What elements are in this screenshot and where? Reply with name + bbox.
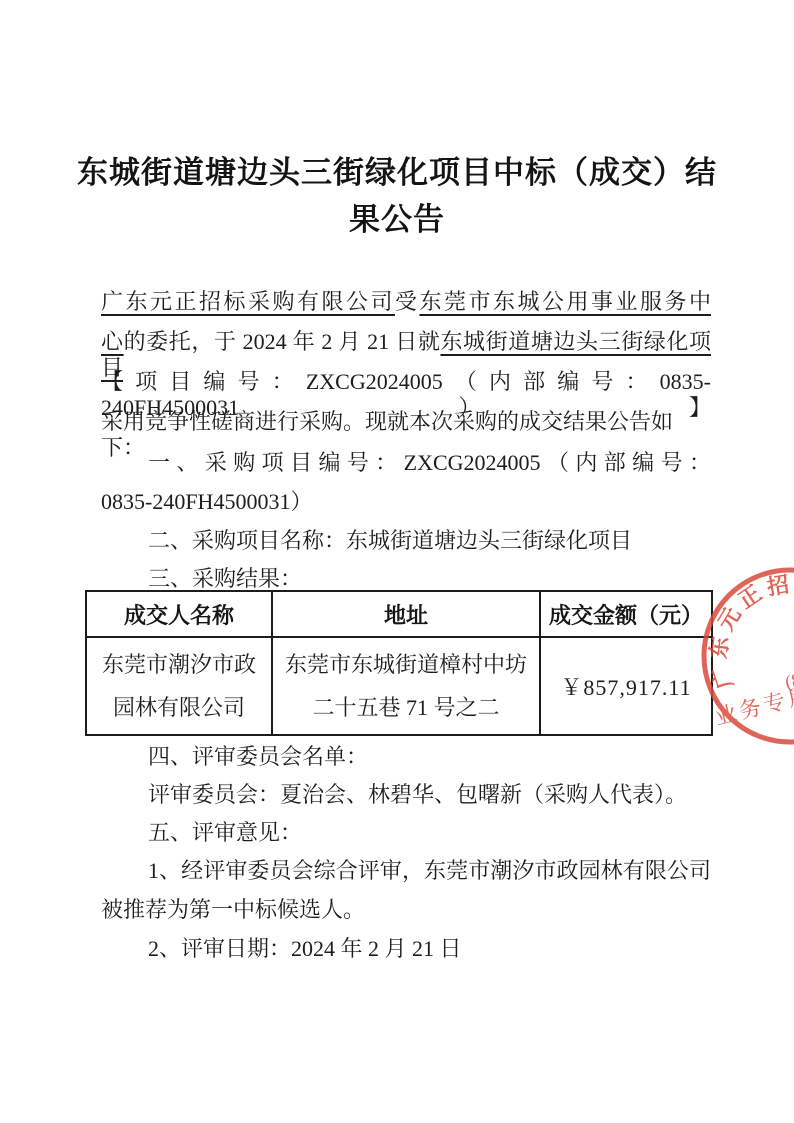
review-opinion-line-2: 被推荐为第一中标候选人。 [101, 897, 711, 923]
review-opinion-line-1: 1、经评审委员会综合评审，东莞市潮汐市政园林有限公司 [101, 858, 711, 884]
table-header-row: 成交人名称 地址 成交金额（元） [86, 591, 712, 637]
title-line-1: 东城街道塘边头三街绿化项目中标（成交）结 [0, 149, 794, 196]
review-date-line: 2、评审日期：2024 年 2 月 21 日 [101, 936, 711, 962]
winner-amount-cell: ￥857,917.11 [540, 637, 712, 735]
page-title: 东城街道塘边头三街绿化项目中标（成交）结 果公告 [0, 149, 794, 243]
agent-company-name: 广东元正招标采购有限公司 [101, 289, 395, 314]
section-4-heading: 四、评审委员会名单： [101, 744, 711, 770]
winner-name-line-1: 东莞市潮汐市政 [91, 643, 267, 686]
col-header-winner-name: 成交人名称 [86, 591, 272, 637]
intro-connector-text: 受 [395, 289, 420, 314]
section-2-project-name: 二、采购项目名称：东城街道塘边头三街绿化项目 [101, 528, 711, 554]
purchaser-name-part1: 东莞市东城公用事业服务中 [419, 289, 710, 314]
section-1-project-number-line-1: 一、采购项目编号：ZXCG2024005（内部编号： [101, 450, 711, 476]
winner-address-cell: 东莞市东城街道樟村中坊 二十五巷 71 号之二 [272, 637, 540, 735]
intro-date-text: 的委托，于 2024 年 2 月 21 日就 [124, 329, 441, 354]
section-3-heading: 三、采购结果： [101, 566, 711, 592]
col-header-address: 地址 [272, 591, 540, 637]
seal-label-text: 业务专用 [712, 681, 794, 729]
purchaser-name-part2: 心 [101, 329, 124, 354]
section-5-heading: 五、评审意见： [101, 820, 711, 846]
procurement-result-table: 成交人名称 地址 成交金额（元） 东莞市潮汐市政 园林有限公司 东莞市东城街道樟… [85, 590, 713, 736]
col-header-amount: 成交金额（元） [540, 591, 712, 637]
award-amount: ￥857,917.11 [560, 675, 691, 700]
title-line-2: 果公告 [0, 196, 794, 243]
winner-name-line-2: 园林有限公司 [91, 686, 267, 729]
intro-line-1: 广东元正招标采购有限公司受东莞市东城公用事业服务中 [101, 289, 711, 315]
winner-address-line-2: 二十五巷 71 号之二 [277, 686, 535, 729]
winner-address-line-1: 东莞市东城街道樟村中坊 [277, 643, 535, 686]
winner-name-cell: 东莞市潮汐市政 园林有限公司 [86, 637, 272, 735]
document-page: 东城街道塘边头三街绿化项目中标（成交）结 果公告 广东元正招标采购有限公司受东莞… [0, 0, 794, 1123]
review-committee-members: 评审委员会：夏治会、林碧华、包曙新（采购人代表）。 [101, 782, 711, 808]
table-row: 东莞市潮汐市政 园林有限公司 东莞市东城街道樟村中坊 二十五巷 71 号之二 ￥… [86, 637, 712, 735]
company-seal-stamp: 广东元正招标 (8) 业务专用 [699, 565, 794, 747]
section-1-project-number-line-2: 0835-240FH4500031） [101, 489, 711, 515]
seal-ring-text: 广东元正招标 [706, 572, 794, 692]
